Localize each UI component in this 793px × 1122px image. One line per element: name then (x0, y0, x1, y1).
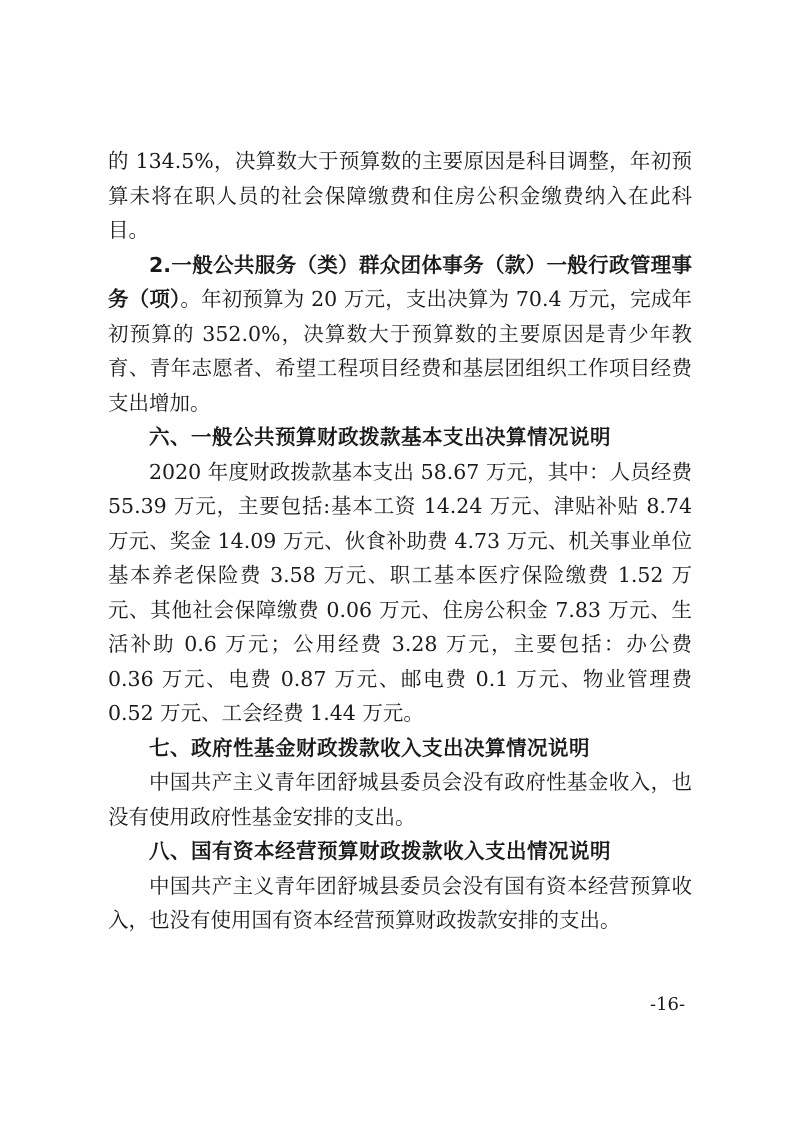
paragraph-section-eight: 中国共产主义青年团舒城县委员会没有国有资本经营预算收入，也没有使用国有资本经营预… (108, 869, 692, 938)
heading-section-six: 六、一般公共预算财政拨款基本支出决算情况说明 (108, 420, 692, 455)
item-2-body: 。年初预算为 20 万元，支出决算为 70.4 万元，完成年初预算的 352.0… (108, 287, 692, 415)
paragraph-section-six: 2020 年度财政拨款基本支出 58.67 万元，其中：人员经费 55.39 万… (108, 455, 692, 731)
heading-section-eight: 八、国有资本经营预算财政拨款收入支出情况说明 (108, 834, 692, 869)
page-number: -16- (650, 994, 685, 1015)
paragraph-item-2: 2.一般公共服务（类）群众团体事务（款）一般行政管理事务（项）。年初预算为 20… (108, 248, 692, 421)
document-page: 的 134.5%，决算数大于预算数的主要原因是科目调整，年初预算未将在职人员的社… (0, 0, 793, 1122)
paragraph-section-seven: 中国共产主义青年团舒城县委员会没有政府性基金收入，也没有使用政府性基金安排的支出… (108, 765, 692, 834)
paragraph-continued: 的 134.5%，决算数大于预算数的主要原因是科目调整，年初预算未将在职人员的社… (108, 144, 692, 248)
heading-section-seven: 七、政府性基金财政拨款收入支出决算情况说明 (108, 731, 692, 766)
document-body: 的 134.5%，决算数大于预算数的主要原因是科目调整，年初预算未将在职人员的社… (108, 144, 692, 938)
